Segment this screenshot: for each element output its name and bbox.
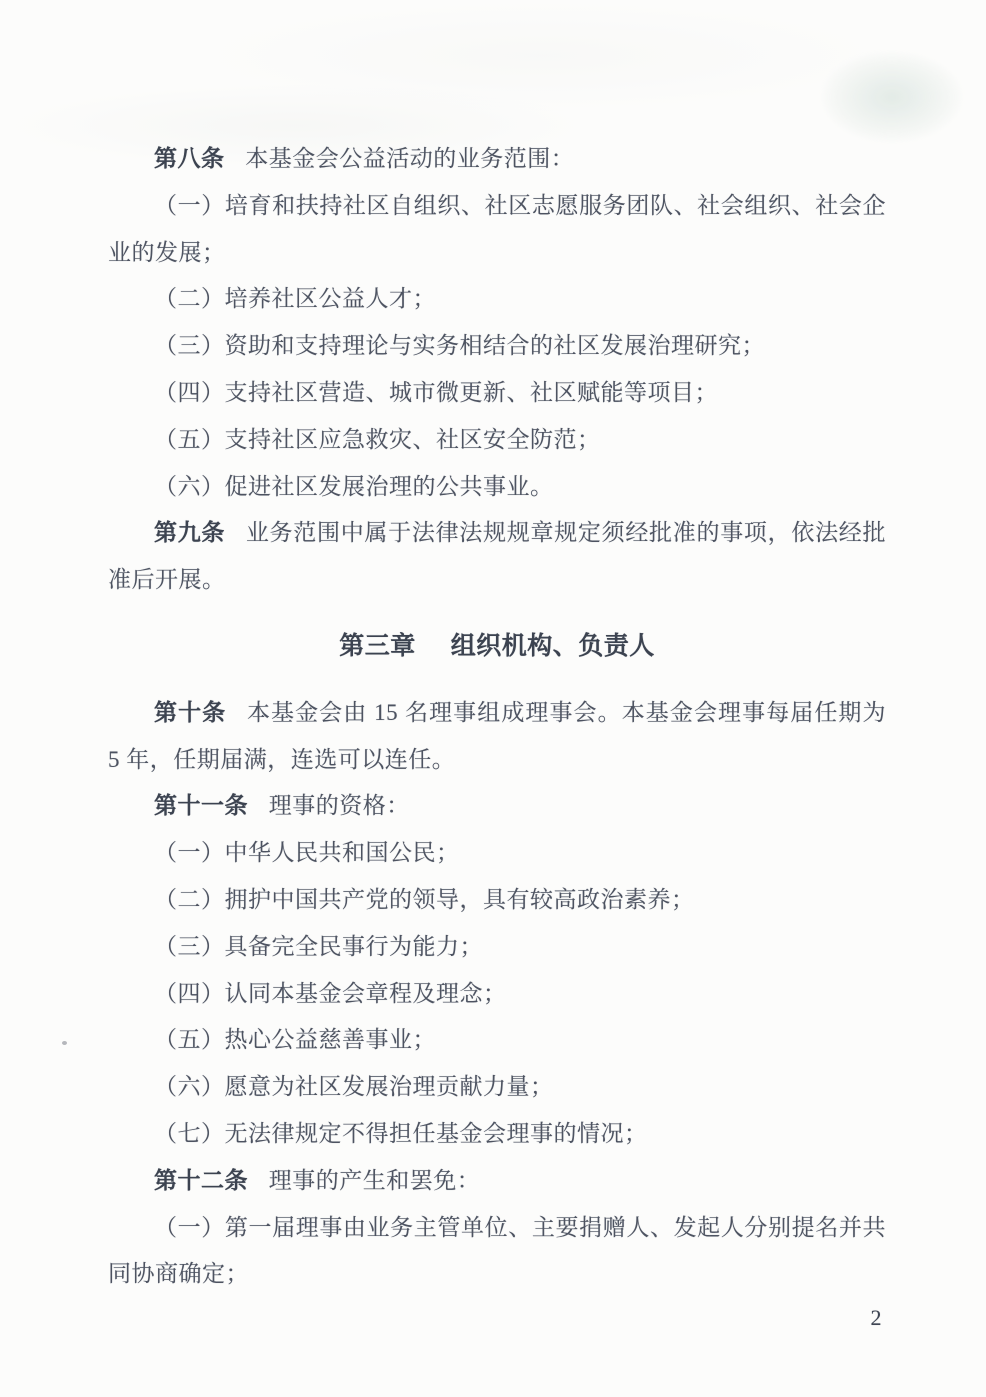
list-item-13: （七）无法律规定不得担任基金会理事的情况； <box>108 1111 886 1158</box>
article-8-text: 本基金会公益活动的业务范围： <box>245 146 574 171</box>
article-9-label: 第九条 <box>154 520 225 545</box>
list-item-14-text: （一）第一届理事由业务主管单位、主要捐赠人、发起人分别提名并共同协商确定； <box>108 1215 886 1287</box>
list-item-12: （六）愿意为社区发展治理贡献力量； <box>108 1064 886 1111</box>
list-item-1: （一）培育和扶持社区自组织、社区志愿服务团队、社会组织、社会企业的发展； <box>108 183 886 277</box>
list-item-7: （一）中华人民共和国公民； <box>108 830 886 877</box>
chapter-3-number: 第三章 <box>339 633 416 660</box>
article-12-text: 理事的产生和罢免： <box>269 1168 481 1193</box>
list-item-1-text: （一）培育和扶持社区自组织、社区志愿服务团队、社会组织、社会企业的发展； <box>108 193 886 265</box>
list-item-12-text: （六）愿意为社区发展治理贡献力量； <box>154 1074 554 1099</box>
scan-speck <box>62 1041 67 1045</box>
page-number: 2 <box>856 1305 896 1331</box>
article-12-label: 第十二条 <box>154 1168 248 1193</box>
article-10-label: 第十条 <box>154 700 226 725</box>
list-item-3: （三）资助和支持理论与实务相结合的社区发展治理研究； <box>108 323 886 370</box>
list-item-6-text: （六）促进社区发展治理的公共事业。 <box>154 474 554 499</box>
list-item-10-text: （四）认同本基金会章程及理念； <box>154 981 507 1006</box>
list-item-4-text: （四）支持社区营造、城市微更新、社区赋能等项目； <box>154 380 718 405</box>
list-item-6: （六）促进社区发展治理的公共事业。 <box>108 464 886 511</box>
list-item-13-text: （七）无法律规定不得担任基金会理事的情况； <box>154 1121 648 1146</box>
chapter-3-heading: 第三章组织机构、负责人 <box>108 624 886 671</box>
document-body: 第八条本基金会公益活动的业务范围： （一）培育和扶持社区自组织、社区志愿服务团队… <box>108 0 886 1298</box>
list-item-8-text: （二）拥护中国共产党的领导，具有较高政治素养； <box>154 887 695 912</box>
list-item-2-text: （二）培养社区公益人才； <box>154 286 436 311</box>
list-item-14: （一）第一届理事由业务主管单位、主要捐赠人、发起人分别提名并共同协商确定； <box>108 1205 886 1299</box>
list-item-9: （三）具备完全民事行为能力； <box>108 924 886 971</box>
article-10-paragraph: 第十条本基金会由 15 名理事组成理事会。本基金会理事每届任期为 5 年，任期届… <box>108 690 886 784</box>
chapter-3-title: 组织机构、负责人 <box>451 633 655 660</box>
article-11-paragraph: 第十一条理事的资格： <box>108 783 886 830</box>
document-page: 第八条本基金会公益活动的业务范围： （一）培育和扶持社区自组织、社区志愿服务团队… <box>0 0 986 1397</box>
list-item-4: （四）支持社区营造、城市微更新、社区赋能等项目； <box>108 370 886 417</box>
article-8-label: 第八条 <box>154 146 225 171</box>
article-9-paragraph: 第九条业务范围中属于法律法规规章规定须经批准的事项，依法经批准后开展。 <box>108 510 886 604</box>
list-item-9-text: （三）具备完全民事行为能力； <box>154 934 483 959</box>
article-11-text: 理事的资格： <box>269 793 410 818</box>
list-item-10: （四）认同本基金会章程及理念； <box>108 971 886 1018</box>
list-item-8: （二）拥护中国共产党的领导，具有较高政治素养； <box>108 877 886 924</box>
list-item-5: （五）支持社区应急救灾、社区安全防范； <box>108 417 886 464</box>
list-item-5-text: （五）支持社区应急救灾、社区安全防范； <box>154 427 601 452</box>
article-12-paragraph: 第十二条理事的产生和罢免： <box>108 1158 886 1205</box>
list-item-11-text: （五）热心公益慈善事业； <box>154 1027 436 1052</box>
article-8-paragraph: 第八条本基金会公益活动的业务范围： <box>108 136 886 183</box>
article-11-label: 第十一条 <box>154 793 248 818</box>
list-item-7-text: （一）中华人民共和国公民； <box>154 840 460 865</box>
list-item-11: （五）热心公益慈善事业； <box>108 1017 886 1064</box>
list-item-2: （二）培养社区公益人才； <box>108 276 886 323</box>
list-item-3-text: （三）资助和支持理论与实务相结合的社区发展治理研究； <box>154 333 765 358</box>
